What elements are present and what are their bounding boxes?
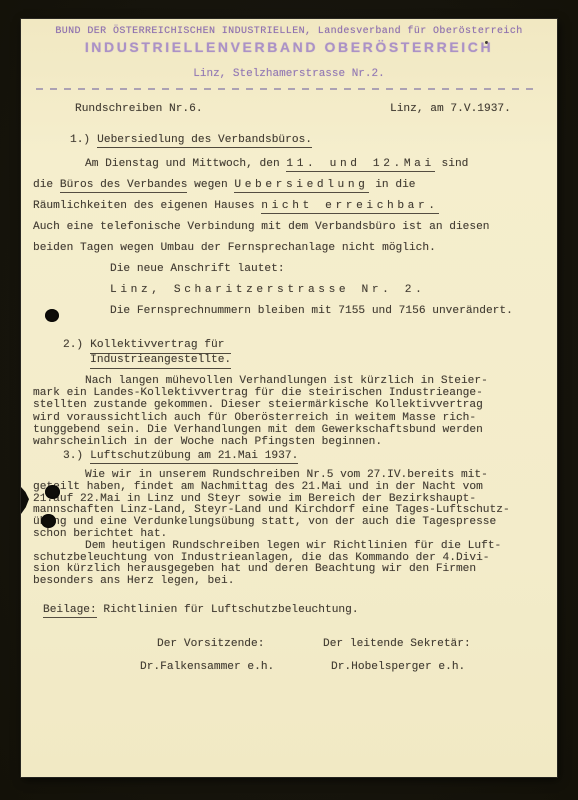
- body-line: Auch eine telefonische Verbindung mit de…: [33, 217, 543, 238]
- text-run: nicht erreichbar.: [261, 200, 438, 214]
- circular-number: Rundschreiben Nr.6.: [75, 103, 203, 115]
- text-run: übung und eine Verdunkelungsübung statt,…: [33, 516, 496, 528]
- body-line: stellten zustande gekommen. Dieser steie…: [33, 399, 543, 411]
- text-run: sind: [435, 158, 469, 170]
- body-line: die Büros des Verbandes wegen Uebersiedl…: [33, 175, 543, 196]
- signature-role-left: Der Vorsitzende:: [157, 638, 264, 650]
- text-run: wird voraussichtlich auch für Oberösterr…: [33, 412, 476, 424]
- text-run: besonders ans Herz legen, bei.: [33, 575, 234, 587]
- text-run: mark ein Landes-Kollektivvertrag für die…: [33, 387, 483, 399]
- body-line: Nach langen mühevollen Verhandlungen ist…: [33, 375, 543, 387]
- text-run: Uebersiedlung: [234, 179, 368, 193]
- text-run: Linz, Scharitzerstrasse Nr. 2.: [110, 284, 425, 296]
- section-title-line: Uebersiedlung des Verbandsbüros.: [97, 134, 312, 148]
- signature-name-right: Dr.Hobelsperger e.h.: [331, 661, 465, 673]
- text-run: in die: [369, 179, 416, 191]
- text-run: tunggebend sein. Die Verhandlungen mit d…: [33, 424, 483, 436]
- hole-punch-3: [41, 514, 56, 528]
- section-2-heading: 2.)Kollektivvertrag fürIndustrieangestel…: [63, 339, 231, 369]
- enclosure-line: Beilage: Richtlinien für Luftschutzbeleu…: [43, 604, 359, 616]
- section-3-body: Wie wir in unserem Rundschreiben Nr.5 vo…: [33, 470, 543, 588]
- text-run: wahrscheinlich in der Woche nach Pfingst…: [33, 436, 382, 448]
- section-number: 2.): [63, 339, 83, 351]
- text-run: mannschaften Linz-Land, Steyr-Land und K…: [33, 504, 510, 516]
- section-3-heading: 3.)Luftschutzübung am 21.Mai 1937.: [63, 450, 298, 464]
- signature-name-left: Dr.Falkensammer e.h.: [140, 661, 274, 673]
- section-title-line: Kollektivvertrag für: [90, 339, 231, 354]
- scan-backdrop: { "colors":{ "backdrop":"#17150f","paper…: [0, 0, 578, 800]
- letterhead-stamp: INDUSTRIELLENVERBAND OBERÖSTERREICH: [0, 39, 578, 55]
- dateline: Linz, am 7.V.1937.: [390, 103, 511, 115]
- section-title: Kollektivvertrag fürIndustrieangestellte…: [90, 339, 231, 369]
- divider-dashed: [36, 88, 540, 90]
- text-run: schon berichtet hat.: [33, 528, 167, 540]
- section-number: 3.): [63, 450, 83, 462]
- section-1-heading: 1.)Uebersiedlung des Verbandsbüros.: [70, 134, 312, 148]
- body-line: Linz, Scharitzerstrasse Nr. 2.: [33, 280, 543, 301]
- body-line: Räumlichkeiten des eigenen Hauses nicht …: [33, 196, 543, 217]
- text-run: 21.auf 22.Mai in Linz und Steyr sowie im…: [33, 493, 476, 505]
- enclosure-text: Richtlinien für Luftschutzbeleuchtung.: [97, 604, 359, 616]
- text-run: schutzbeleuchtung von Industrieanlagen, …: [33, 552, 490, 564]
- body-line: Die Fernsprechnummern bleiben mit 7155 u…: [33, 301, 543, 322]
- text-run: 11. und 12.Mai: [286, 158, 434, 172]
- text-run: Dem heutigen Rundschreiben legen wir Ric…: [85, 540, 501, 552]
- enclosure-label: Beilage:: [43, 604, 97, 618]
- section-title: Uebersiedlung des Verbandsbüros.: [97, 134, 312, 148]
- text-run: Nach langen mühevollen Verhandlungen ist…: [85, 375, 488, 387]
- body-line: mark ein Landes-Kollektivvertrag für die…: [33, 387, 543, 399]
- text-run: wegen: [187, 179, 234, 191]
- letterhead-address: Linz, Stelzhamerstrasse Nr.2.: [0, 68, 578, 80]
- hole-punch-1: [45, 309, 59, 322]
- text-run: Auch eine telefonische Verbindung mit de…: [33, 221, 490, 233]
- text-run: geteilt haben, findet am Nachmittag des …: [33, 481, 483, 493]
- text-run: Die neue Anschrift lautet:: [110, 263, 285, 275]
- body-line: tunggebend sein. Die Verhandlungen mit d…: [33, 424, 543, 436]
- text-run: beiden Tagen wegen Umbau der Fernsprecha…: [33, 242, 436, 254]
- section-1-body: Am Dienstag und Mittwoch, den 11. und 12…: [33, 154, 543, 322]
- text-run: sion kürzlich herausgegeben hat und dere…: [33, 563, 476, 575]
- text-run: Die Fernsprechnummern bleiben mit 7155 u…: [110, 305, 513, 317]
- body-line: beiden Tagen wegen Umbau der Fernsprecha…: [33, 238, 543, 259]
- section-title-line: Industrieangestellte.: [90, 354, 231, 369]
- text-run: stellten zustande gekommen. Dieser steie…: [33, 399, 483, 411]
- signature-role-right: Der leitende Sekretär:: [323, 638, 471, 650]
- text-run: Wie wir in unserem Rundschreiben Nr.5 vo…: [85, 469, 488, 481]
- section-title: Luftschutzübung am 21.Mai 1937.: [90, 450, 298, 464]
- section-2-body: Nach langen mühevollen Verhandlungen ist…: [33, 375, 543, 448]
- body-line: Am Dienstag und Mittwoch, den 11. und 12…: [33, 154, 543, 175]
- body-line: Die neue Anschrift lautet:: [33, 259, 543, 280]
- text-run: die: [33, 179, 60, 191]
- section-number: 1.): [70, 134, 90, 146]
- letterhead-org-line: BUND DER ÖSTERREICHISCHEN INDUSTRIELLEN,…: [0, 26, 578, 37]
- text-run: Büros des Verbandes: [60, 179, 188, 193]
- body-line: wahrscheinlich in der Woche nach Pfingst…: [33, 436, 543, 448]
- body-line: besonders ans Herz legen, bei.: [33, 576, 543, 588]
- text-run: Räumlichkeiten des eigenen Hauses: [33, 200, 261, 212]
- hole-punch-2: [45, 485, 60, 499]
- text-run: Am Dienstag und Mittwoch, den: [85, 158, 286, 170]
- body-line: wird voraussichtlich auch für Oberösterr…: [33, 412, 543, 424]
- section-title-line: Luftschutzübung am 21.Mai 1937.: [90, 450, 298, 464]
